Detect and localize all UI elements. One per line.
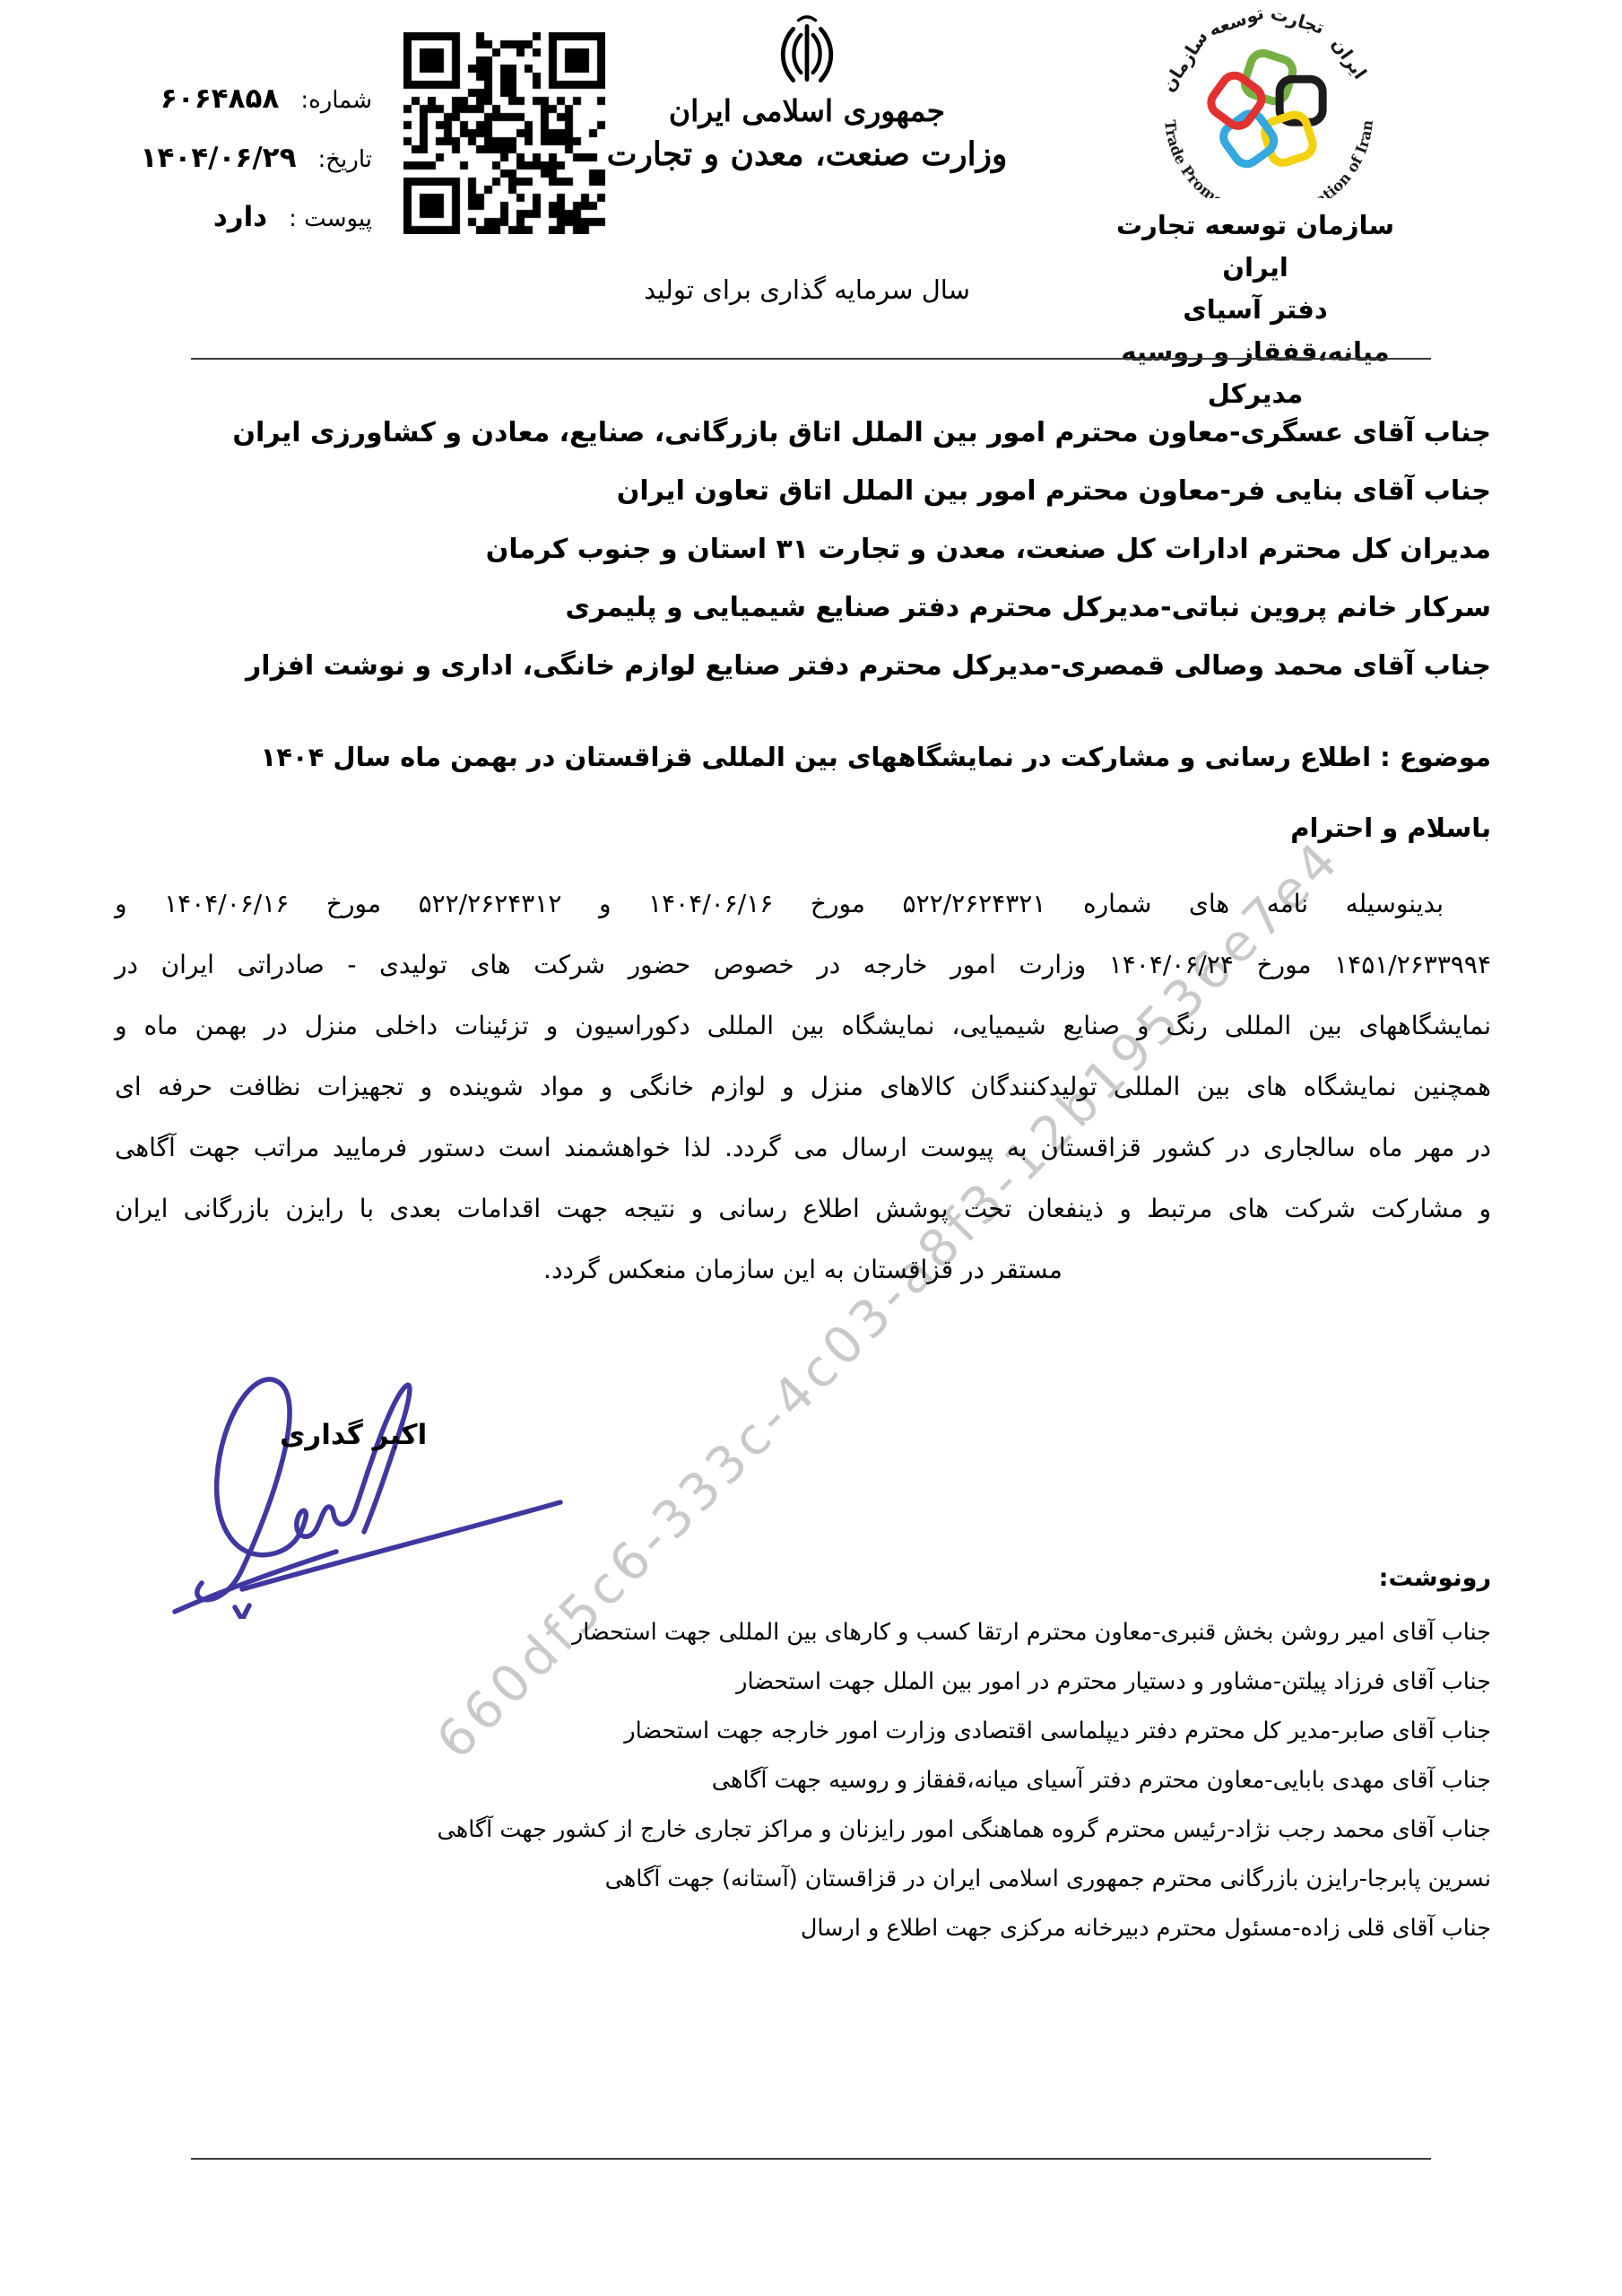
cc-item: جناب آقای قلی زاده-مسئول محترم دبیرخانه … — [130, 1904, 1491, 1953]
letter-meta: شماره: ۶۰۶۴۸۵۸ تاریخ: ۱۴۰۴/۰۶/۲۹ پیوست :… — [140, 83, 372, 260]
logo-arc-word-2: توسعه — [1206, 5, 1267, 40]
tpo-logo-icon: سازمان توسعه تجارت ایران Trade Promotion… — [1134, 5, 1403, 198]
recipient-line: جناب آقای محمد وصالی قمصری-مدیرکل محترم … — [130, 637, 1491, 695]
body-line: و مشارکت شرکت های مرتبط و ذینفعان تحت پو… — [115, 1178, 1491, 1239]
iran-emblem-icon — [772, 14, 842, 91]
recipient-line: سرکار خانم پروین نباتی-مدیرکل محترم دفتر… — [130, 578, 1491, 637]
signer-name: اکبر گداری — [280, 1419, 427, 1451]
attachment-value: دارد — [213, 201, 267, 233]
meta-date-row: تاریخ: ۱۴۰۴/۰۶/۲۹ — [140, 142, 372, 174]
meta-attachment-row: پیوست : دارد — [140, 201, 372, 233]
meta-number-row: شماره: ۶۰۶۴۸۵۸ — [140, 83, 372, 115]
body-line: نمایشگاههای بین المللی رنگ و صنایع شیمیا… — [115, 996, 1491, 1057]
recipient-line: مدیران کل محترم ادارات کل صنعت، معدن و ت… — [130, 520, 1491, 578]
country-name: جمهوری اسلامی ایران — [565, 93, 1049, 128]
subject-line: موضوع : اطلاع رسانی و مشارکت در نمایشگاه… — [130, 742, 1491, 772]
salutation: باسلام و احترام — [130, 813, 1491, 843]
attachment-label: پیوست : — [289, 205, 372, 232]
body-line: همچنین نمایشگاه های بین المللی تولیدکنند… — [115, 1057, 1491, 1118]
body-line: ۱۴۵۱/۲۶۳۳۹۹۴ مورخ ۱۴۰۴/۰۶/۲۴ وزارت امور … — [115, 935, 1491, 996]
cc-item: جناب آقای فرزاد پیلتن-مشاور و دستیار محت… — [130, 1657, 1491, 1707]
letter-body: بدینوسیله نامه های شماره ۵۲۲/۲۶۲۴۳۲۱ مور… — [115, 874, 1491, 1300]
cc-item: جناب آقای صابر-مدیر کل محترم دفتر دیپلما… — [130, 1707, 1491, 1756]
recipient-line: جناب آقای عسگری-معاون محترم امور بین الم… — [130, 404, 1491, 462]
body-line: مستقر در قزاقستان به این سازمان منعکس گر… — [115, 1239, 1491, 1300]
letter-page: 660df5c6-333c-4c03-a8f3-12b19536e7e4 شما… — [0, 0, 1622, 2296]
number-label: شماره: — [300, 87, 372, 114]
recipients-block: جناب آقای عسگری-معاون محترم امور بین الم… — [130, 404, 1491, 695]
recipient-line: جناب آقای بنایی فر-معاون محترم امور بین … — [130, 462, 1491, 520]
center-header: جمهوری اسلامی ایران وزارت صنعت، معدن و ت… — [565, 14, 1049, 173]
footer-divider — [191, 2158, 1431, 2160]
year-slogan: سال سرمایه گذاری برای تولید — [565, 274, 1049, 305]
date-value: ۱۴۰۴/۰۶/۲۹ — [140, 142, 296, 174]
org-header: سازمان توسعه تجارت ایران دفتر آسیای میان… — [1112, 204, 1399, 415]
number-value: ۶۰۶۴۸۵۸ — [160, 83, 279, 115]
ministry-name: وزارت صنعت، معدن و تجارت — [565, 135, 1049, 173]
org-name: سازمان توسعه تجارت ایران — [1112, 204, 1399, 289]
header-divider — [191, 358, 1431, 360]
org-office: دفتر آسیای میانه،قفقاز و روسیه — [1112, 289, 1399, 373]
date-label: تاریخ: — [318, 146, 373, 173]
cc-block: رونوشت: جناب آقای امیر روشن بخش قنبری-مع… — [130, 1564, 1491, 1953]
cc-item: جناب آقای مهدی بابایی-معاون محترم دفتر آ… — [130, 1756, 1491, 1805]
body-line: در مهر ماه سالجاری در کشور قزاقستان به پ… — [115, 1118, 1491, 1178]
cc-item: نسرین پابرجا-رایزن بازرگانی محترم جمهوری… — [130, 1855, 1491, 1904]
signature-scribble — [152, 1354, 610, 1619]
cc-item: جناب آقای محمد رجب نژاد-رئیس محترم گروه … — [130, 1805, 1491, 1855]
logo-arc-word-4: ایران — [1327, 33, 1371, 83]
logo-arc-word-3: تجارت — [1268, 5, 1326, 39]
logo-arc-word-1: سازمان — [1157, 27, 1211, 96]
body-line: بدینوسیله نامه های شماره ۵۲۲/۲۶۲۴۳۲۱ مور… — [115, 874, 1491, 935]
